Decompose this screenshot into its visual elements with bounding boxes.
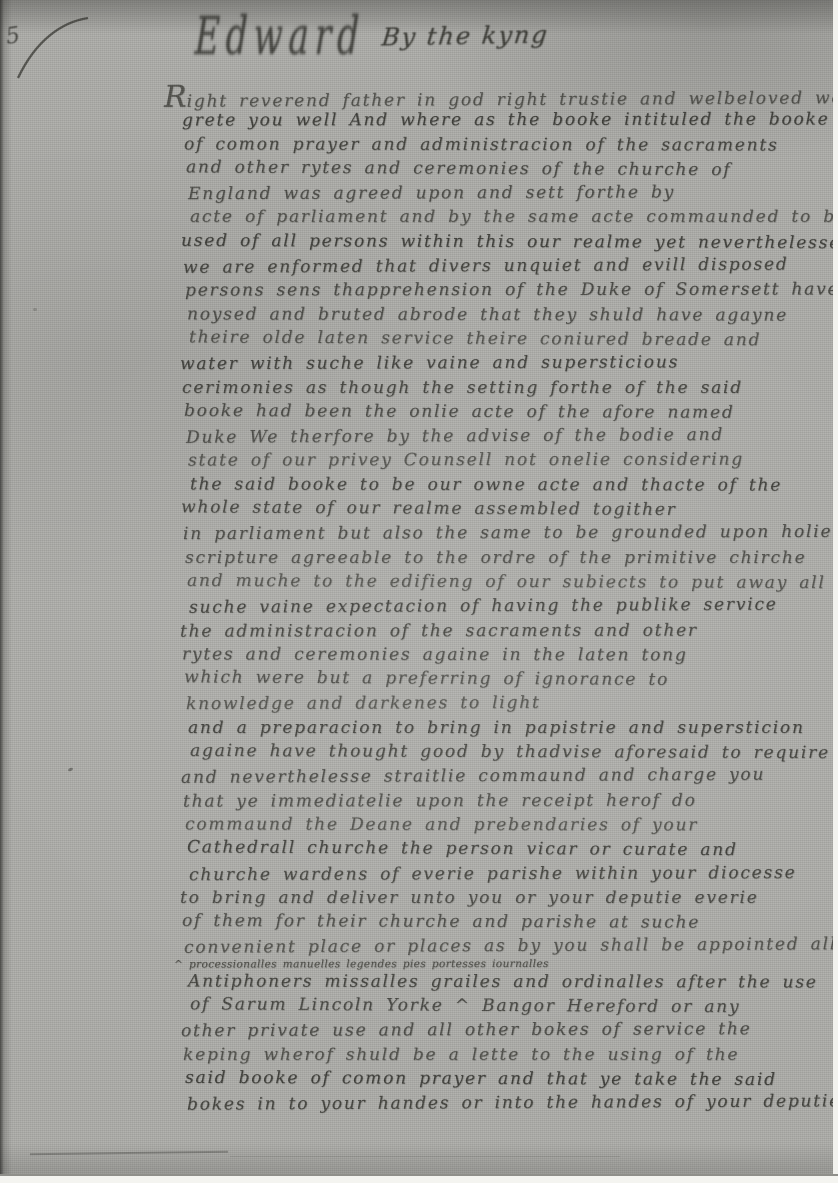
manuscript-line: state of our privey Counsell not onelie …: [188, 448, 838, 473]
manuscript-body: Right reverend father in god right trust…: [0, 84, 838, 1115]
ink-speck: [33, 308, 37, 311]
manuscript-line: knowledge and darkenes to light: [186, 690, 838, 717]
manuscript-line: of comon prayer and administracion of th…: [184, 132, 838, 157]
manuscript-line: scripture agreeable to the ordre of the …: [185, 546, 838, 570]
manuscript-line: rytes and ceremonies againe in the laten…: [182, 642, 838, 667]
manuscript-line: againe have thought good by thadvise afo…: [190, 739, 838, 766]
manuscript-line: Right reverend father in god right trust…: [180, 82, 838, 110]
manuscript-line: we are enformed that divers unquiet and …: [183, 252, 838, 280]
manuscript-line: grete you well And where as the booke in…: [182, 108, 838, 133]
manuscript-line: Antiphoners missalles grailes and ordina…: [188, 969, 838, 994]
manuscript-line: England was agreed upon and sett forthe …: [188, 180, 838, 207]
manuscript-line: Duke We therfore by the advise of the bo…: [186, 422, 838, 450]
scan-edge-right: [833, 0, 838, 1183]
scratch-mark: [30, 1151, 228, 1155]
manuscript-line: the administracion of the sacraments and…: [180, 618, 838, 643]
manuscript-scan-page: { "document": { "corner_mark": "5", "hea…: [0, 0, 838, 1183]
manuscript-line: noysed and bruted abrode that they shuld…: [187, 302, 838, 327]
manuscript-line: commaund the Deane and prebendaries of y…: [185, 812, 838, 837]
manuscript-line: the said booke to be our owne acte and t…: [190, 472, 838, 497]
manuscript-line: and muche to the edifieng of our subiect…: [187, 569, 838, 596]
scan-edge-left: [0, 0, 4, 1183]
manuscript-line: cerimonies as though the setting forthe …: [182, 376, 838, 400]
manuscript-line: used of all persons within this our real…: [181, 229, 838, 256]
scan-edge-bottom: [0, 1174, 838, 1183]
manuscript-line: and other rytes and ceremonies of the ch…: [186, 155, 838, 183]
interlinear-insertion: ^ processionalles manuelles legendes pie…: [174, 958, 838, 970]
manuscript-line: said booke of comon prayer and that ye t…: [185, 1066, 838, 1093]
manuscript-line: Cathedrall churche the person vicar or c…: [187, 835, 838, 863]
manuscript-line: water with suche like vaine and supersti…: [180, 350, 838, 377]
manuscript-line: that ye immediatelie upon the receipt he…: [183, 788, 838, 813]
by-the-king-heading: By the kyng: [380, 21, 550, 52]
manuscript-line: whole state of our realme assembled togi…: [181, 495, 838, 523]
manuscript-line: suche vaine expectacion of having the pu…: [189, 593, 838, 621]
manuscript-line: acte of parliament and by the same acte …: [190, 205, 838, 229]
manuscript-line: in parliament but also the same to be gr…: [183, 520, 838, 547]
corner-mark: 5: [2, 6, 112, 96]
manuscript-line: of them for their churche and parishe at…: [182, 909, 838, 936]
manuscript-line: persons sens thapprehension of the Duke …: [185, 278, 838, 303]
scratch-mark: [230, 1156, 620, 1157]
manuscript-line: theire olde laten service theire coniure…: [189, 325, 838, 353]
manuscript-line: and a preparacion to bring in papistrie …: [188, 716, 838, 740]
manuscript-line: keping wherof shuld be a lette to the us…: [183, 1043, 838, 1067]
manuscript-line: booke had been the onlie acte of the afo…: [184, 399, 838, 426]
manuscript-line: bokes in to your handes or into the hand…: [187, 1089, 838, 1117]
manuscript-line: convenient place or places as by you sha…: [184, 933, 838, 961]
manuscript-line: of Sarum Lincoln Yorke ^ Bangor Hereford…: [190, 992, 838, 1020]
manuscript-line: other private use and all other bokes of…: [181, 1017, 838, 1044]
manuscript-line: and neverthelesse straitlie commaund and…: [181, 763, 838, 791]
corner-flourish-icon: [2, 6, 112, 96]
royal-name-heading: Edward: [194, 6, 366, 68]
manuscript-line: to bring and deliver unto you or your de…: [180, 886, 838, 910]
manuscript-line: which were but a preferring of ignorance…: [184, 665, 838, 693]
manuscript-line: churche wardens of everie parishe within…: [189, 860, 838, 887]
